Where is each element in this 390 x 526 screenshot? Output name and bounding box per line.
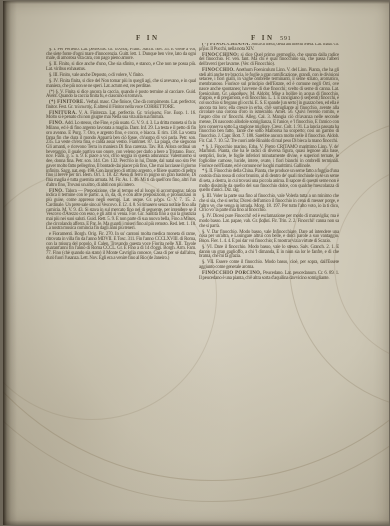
dictionary-paragraph: (*) §. V. Finita si dice ancora la cacci… — [46, 91, 196, 100]
dictionary-paragraph: FINO. Talora — Preposizione, che al temp… — [46, 190, 196, 232]
entry-headword: FINO. — [49, 121, 64, 126]
dictionary-paragraph: FINOCCHIO. Anethum Foeniculum Linn. V. d… — [199, 69, 339, 145]
dictionary-paragraph: FINITURA. V. A. Finitezza. Lat. perfecti… — [46, 112, 196, 121]
entry-headword: FINOCCHIO. — [202, 68, 235, 73]
left-column: §. I. Per Perfetto. Lat. perfectus. Gr. … — [46, 48, 196, 426]
dictionary-paragraph: §. III. Voler la parte sua fino al finoc… — [199, 195, 339, 214]
right-column: (*) FINOCCHIANA. Sorta di mela, detta al… — [199, 43, 339, 443]
binding-shadow — [3, 1, 17, 525]
page-edge-top — [3, 1, 389, 4]
dictionary-paragraph: * §. II. Finocchio della China. Pianta, … — [199, 170, 339, 194]
entry-headword: FINITURA. — [49, 111, 77, 116]
dictionary-paragraph: e Fioramenti. Borgh. Orig. Fir. 270. In … — [46, 233, 196, 261]
running-head-right: F IN — [251, 34, 275, 42]
dictionary-paragraph: §. VI. Dare il finocchio. Modo basso, va… — [199, 246, 339, 260]
dictionary-paragraph: (*) FINITORE. Verbal. masc. Che finisce,… — [46, 101, 196, 110]
embossed-stamp-ring — [334, 163, 389, 365]
entry-headword: FINOCCHINO; — [202, 53, 239, 58]
dictionary-paragraph: FINOCCHINO; si dice Quel primo germoglio… — [199, 54, 339, 68]
entry-headword: (*) FINITORE. — [49, 100, 85, 105]
book-page: F IN F IN 591 §. I. Per Perfetto. Lat. p… — [3, 1, 389, 525]
dictionary-paragraph: §. IV. Dicesi pure Finocchi! ed è esclam… — [199, 215, 339, 229]
entry-headword: FINOCCHIO PORCINO, — [202, 271, 262, 276]
entry-headword: (*) FINOCCHIANA. — [202, 43, 250, 47]
dictionary-paragraph: (*) FINOCCHIANA. Sorta di mela, detta al… — [199, 43, 339, 52]
dictionary-paragraph: * §. I. Finocchio marino, Erba. V. Pietr… — [199, 146, 339, 170]
entry-headword: FINO. — [49, 189, 64, 194]
dictionary-paragraph: FINOCCHIO PORCINO, Peucedano. Lat. peuce… — [199, 272, 339, 281]
scanned-book-photo: { "page": { "header_left": "F IN", "head… — [0, 0, 390, 526]
dictionary-paragraph: §. V. Dar finocchio. Modo basso, vale In… — [199, 231, 339, 245]
dictionary-paragraph: §. III. Finito, vale anche Deposto, o di… — [46, 74, 196, 79]
page-number: 591 — [280, 35, 291, 42]
dictionary-paragraph: §. II. Finito, si dice anche d'uno, Che … — [46, 63, 196, 72]
dictionary-paragraph: FINO. Add. Lo stesso, che Fine, e più us… — [46, 122, 196, 188]
dictionary-paragraph: §. I. Per Perfetto. Lat. perfectus. Gr. … — [46, 48, 196, 62]
dictionary-paragraph: §. IV. Finita finita, si dice del Non to… — [46, 80, 196, 89]
page-edge-bottom — [3, 520, 389, 525]
dictionary-paragraph: §. VII. Essere come il finocchio. Modo b… — [199, 261, 339, 270]
running-head-left: F IN — [136, 34, 160, 42]
